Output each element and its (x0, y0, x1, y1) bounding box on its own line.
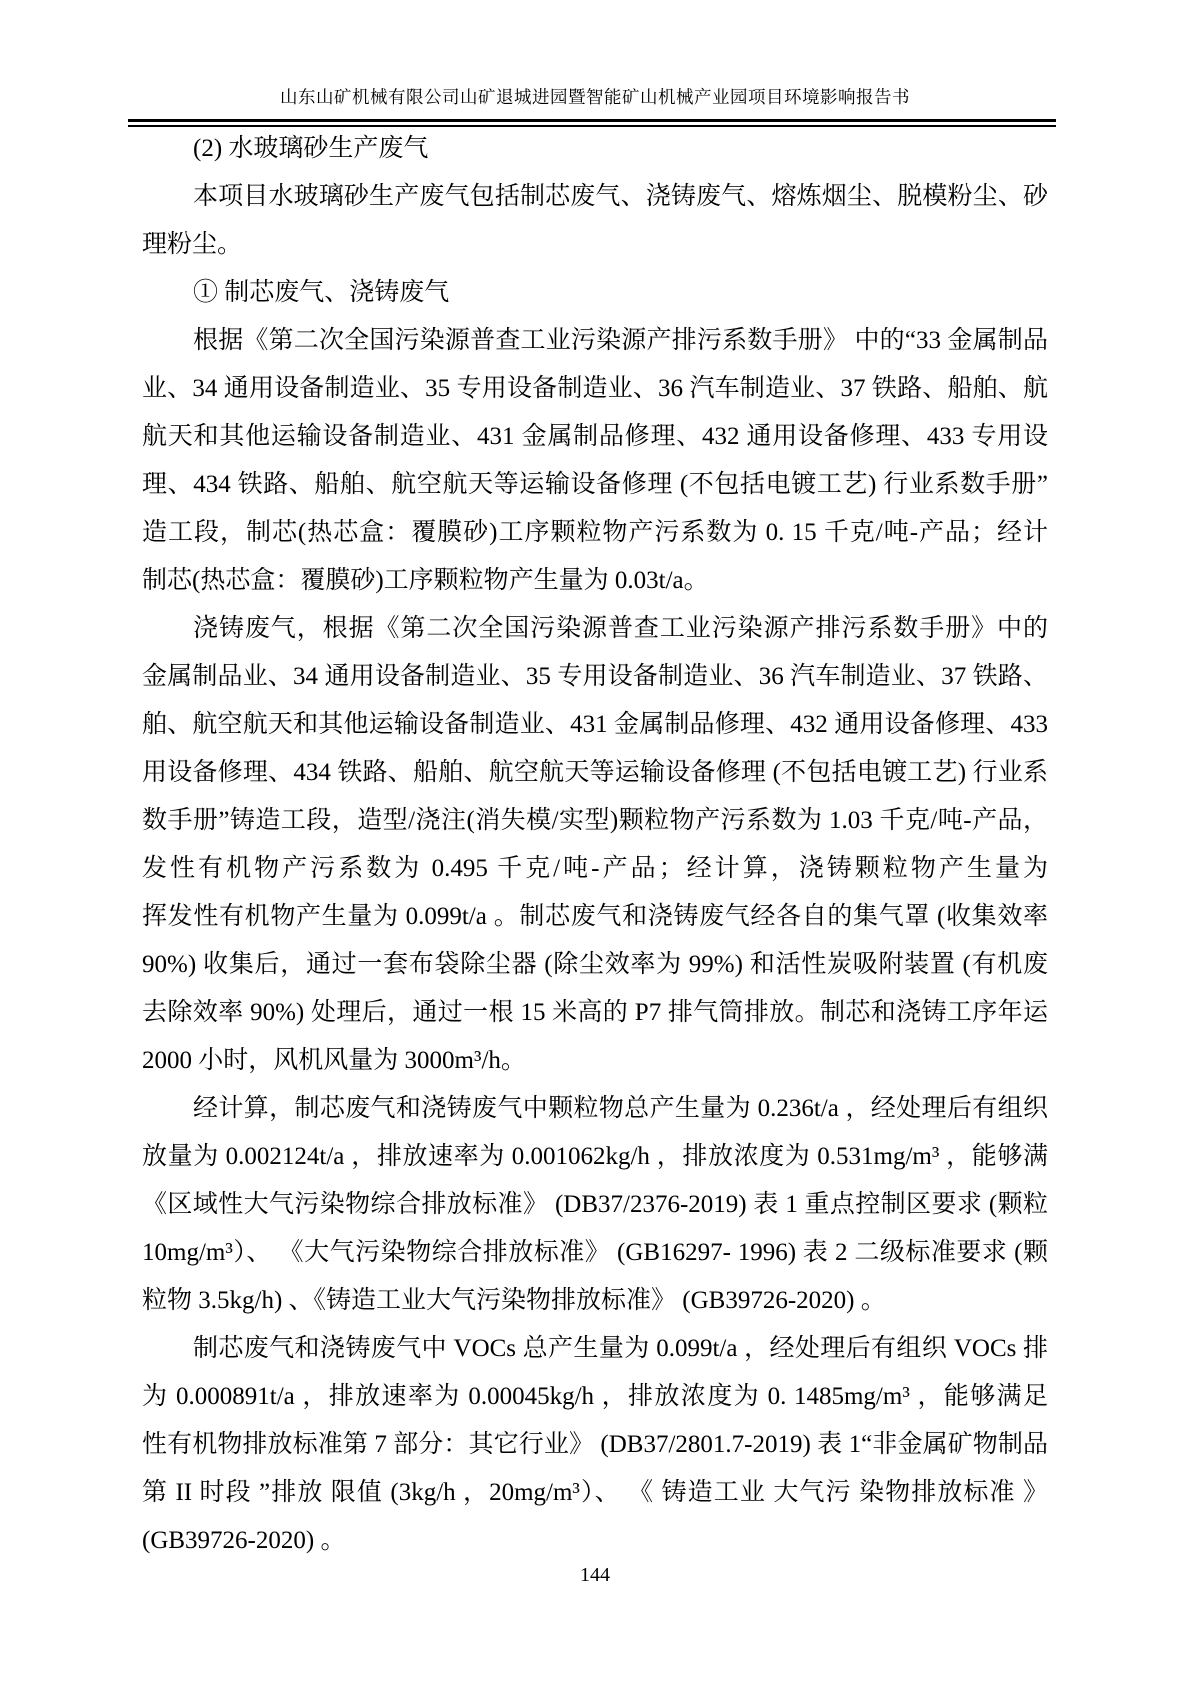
paragraph-line: 浇铸废气，根据《第二次全国污染源普查工业污染源产排污系数手册》中的“33 (142, 605, 1048, 653)
paragraph-line: 2000 小时，风机风量为 3000m³/h。 (142, 1037, 1048, 1085)
paragraph-line: 业、34 通用设备制造业、35 专用设备制造业、36 汽车制造业、37 铁路、船… (142, 365, 1048, 413)
document-body: (2) 水玻璃砂生产废气本项目水玻璃砂生产废气包括制芯废气、浇铸废气、熔炼烟尘、… (142, 125, 1048, 1565)
paragraph-line: 航天和其他运输设备制造业、431 金属制品修理、432 通用设备修理、433 专… (142, 413, 1048, 461)
paragraph-line: 去除效率 90%) 处理后，通过一根 15 米高的 P7 排气筒排放。制芯和浇铸… (142, 989, 1048, 1037)
page-number: 144 (580, 1564, 610, 1586)
paragraph-line: 放量为 0.002124t/a ，排放速率为 0.001062kg/h ，排放浓… (142, 1133, 1048, 1181)
paragraph-line: 为 0.000891t/a ，排放速率为 0.00045kg/h ，排放浓度为 … (142, 1373, 1048, 1421)
paragraph-line: 舶、航空航天和其他运输设备制造业、431 金属制品修理、432 通用设备修理、4… (142, 701, 1048, 749)
paragraph-line: 本项目水玻璃砂生产废气包括制芯废气、浇铸废气、熔炼烟尘、脱模粉尘、砂处 (142, 173, 1048, 221)
document-page: 山东山矿机械有限公司山矿退城进园暨智能矿山机械产业园项目环境影响报告书 (2) … (0, 0, 1190, 1683)
paragraph-line: 理粉尘。 (142, 221, 1048, 269)
paragraph-line: (GB39726-2020) 。 (142, 1517, 1048, 1565)
paragraph-line: 性有机物排放标准第 7 部分：其它行业》 (DB37/2801.7-2019) … (142, 1421, 1048, 1469)
paragraph-line: 理、434 铁路、船舶、航空航天等运输设备修理 (不包括电镀工艺) 行业系数手册… (142, 461, 1048, 509)
paragraph-line: 90%) 收集后，通过一套布袋除尘器 (除尘效率为 99%) 和活性炭吸附装置 … (142, 941, 1048, 989)
paragraph-line: 第 II 时段 ”排放 限值 (3kg/h ，20mg/m³）、 《 铸造工业 … (142, 1469, 1048, 1517)
paragraph-line: 经计算，制芯废气和浇铸废气中颗粒物总产生量为 0.236t/a ，经处理后有组织… (142, 1085, 1048, 1133)
paragraph-line: 制芯(热芯盒：覆膜砂)工序颗粒物产生量为 0.03t/a。 (142, 557, 1048, 605)
paragraph-line: 制芯废气和浇铸废气中 VOCs 总产生量为 0.099t/a ，经处理后有组织 … (142, 1325, 1048, 1373)
page-footer: 144 (0, 1564, 1190, 1587)
paragraph-line: 挥发性有机物产生量为 0.099t/a 。制芯废气和浇铸废气经各自的集气罩 (收… (142, 893, 1048, 941)
paragraph-line: 《区域性大气污染物综合排放标准》 (DB37/2376-2019) 表 1 重点… (142, 1181, 1048, 1229)
header-title: 山东山矿机械有限公司山矿退城进园暨智能矿山机械产业园项目环境影响报告书 (0, 84, 1190, 109)
paragraph-line: 金属制品业、34 通用设备制造业、35 专用设备制造业、36 汽车制造业、37 … (142, 653, 1048, 701)
section-heading: (2) 水玻璃砂生产废气 (142, 125, 1048, 173)
paragraph-line: 用设备修理、434 铁路、船舶、航空航天等运输设备修理 (不包括电镀工艺) 行业… (142, 749, 1048, 797)
section-heading: ① 制芯废气、浇铸废气 (142, 269, 1048, 317)
paragraph-line: 发性有机物产污系数为 0.495 千克/吨-产品；经计算，浇铸颗粒物产生量为 0… (142, 845, 1048, 893)
paragraph-line: 造工段，制芯(热芯盒：覆膜砂)工序颗粒物产污系数为 0. 15 千克/吨-产品；… (142, 509, 1048, 557)
paragraph-line: 根据《第二次全国污染源普查工业污染源产排污系数手册》 中的“33 金属制品 (142, 317, 1048, 365)
paragraph-line: 10mg/m³）、 《大气污染物综合排放标准》 (GB16297- 1996) … (142, 1229, 1048, 1277)
paragraph-line: 数手册”铸造工段，造型/浇注(消失模/实型)颗粒物产污系数为 1.03 千克/吨… (142, 797, 1048, 845)
paragraph-line: 粒物 3.5kg/h) 、《铸造工业大气污染物排放标准》 (GB39726-20… (142, 1277, 1048, 1325)
